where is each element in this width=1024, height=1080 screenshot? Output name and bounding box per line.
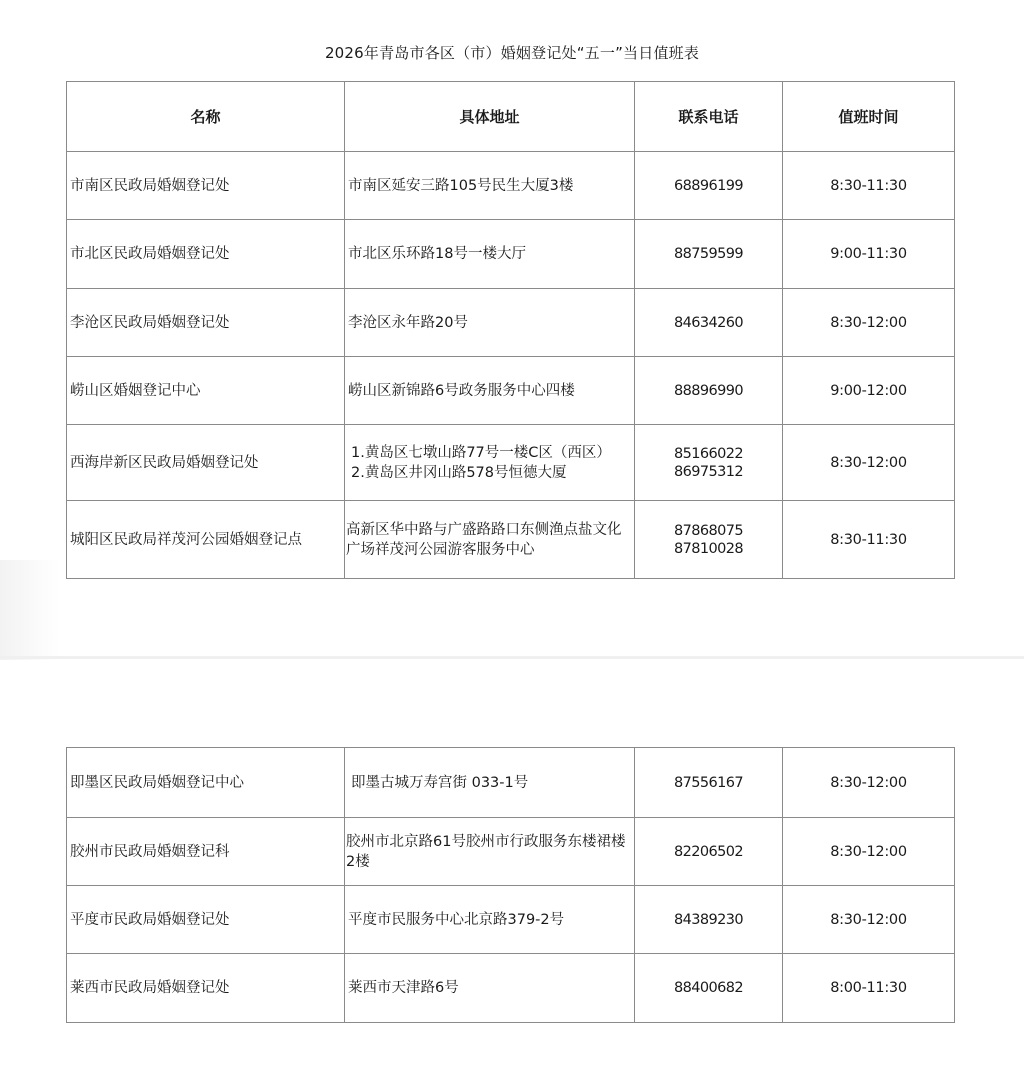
table-row: 即墨区民政局婚姻登记中心 即墨古城万寿宫街 033-1号 87556167 8:… [67, 748, 955, 818]
header-name: 名称 [67, 82, 345, 152]
office-name: 李沧区民政局婚姻登记处 [67, 289, 345, 357]
duty-hours: 8:30-11:30 [783, 152, 955, 220]
office-address: 1.黄岛区七墩山路77号一楼C区（西区） 2.黄岛区井冈山路578号恒德大厦 [345, 425, 635, 501]
office-name: 西海岸新区民政局婚姻登记处 [67, 425, 345, 501]
office-phone: 88400682 [635, 954, 783, 1023]
table-row: 城阳区民政局祥茂河公园婚姻登记点 高新区华中路与广盛路路口东侧渔点盐文化广场祥茂… [67, 501, 955, 579]
phone-number: 84634260 [638, 314, 779, 332]
office-name: 城阳区民政局祥茂河公园婚姻登记点 [67, 501, 345, 579]
office-name: 即墨区民政局婚姻登记中心 [67, 748, 345, 818]
office-name: 胶州市民政局婚姻登记科 [67, 818, 345, 886]
phone-number: 87810028 [638, 540, 779, 558]
table-row: 胶州市民政局婚姻登记科 胶州市北京路61号胶州市行政服务东楼裙楼2楼 82206… [67, 818, 955, 886]
table-row: 市南区民政局婚姻登记处 市南区延安三路105号民生大厦3楼 68896199 8… [67, 152, 955, 220]
phone-number: 86975312 [638, 463, 779, 481]
duty-hours: 9:00-11:30 [783, 220, 955, 289]
table-row: 莱西市民政局婚姻登记处 莱西市天津路6号 88400682 8:00-11:30 [67, 954, 955, 1023]
office-name: 市南区民政局婚姻登记处 [67, 152, 345, 220]
office-phone: 84634260 [635, 289, 783, 357]
office-address: 市南区延安三路105号民生大厦3楼 [345, 152, 635, 220]
office-address: 莱西市天津路6号 [345, 954, 635, 1023]
office-name: 崂山区婚姻登记中心 [67, 357, 345, 425]
phone-number: 88896990 [638, 382, 779, 400]
office-name: 莱西市民政局婚姻登记处 [67, 954, 345, 1023]
duty-hours: 8:30-12:00 [783, 289, 955, 357]
document-title: 2026年青岛市各区（市）婚姻登记处“五一”当日值班表 [0, 42, 1024, 63]
office-phone: 88896990 [635, 357, 783, 425]
phone-number: 88400682 [638, 979, 779, 997]
duty-schedule-table-page2: 即墨区民政局婚姻登记中心 即墨古城万寿宫街 033-1号 87556167 8:… [66, 747, 955, 1023]
office-phone: 84389230 [635, 886, 783, 954]
table-row: 市北区民政局婚姻登记处 市北区乐环路18号一楼大厅 88759599 9:00-… [67, 220, 955, 289]
office-address: 高新区华中路与广盛路路口东侧渔点盐文化广场祥茂河公园游客服务中心 [345, 501, 635, 579]
duty-hours: 8:30-11:30 [783, 501, 955, 579]
duty-hours: 8:30-12:00 [783, 818, 955, 886]
duty-hours: 8:30-12:00 [783, 425, 955, 501]
phone-number: 68896199 [638, 177, 779, 195]
header-address: 具体地址 [345, 82, 635, 152]
phone-number: 84389230 [638, 911, 779, 929]
duty-hours: 9:00-12:00 [783, 357, 955, 425]
phone-number: 82206502 [638, 843, 779, 861]
office-address: 崂山区新锦路6号政务服务中心四楼 [345, 357, 635, 425]
office-address: 即墨古城万寿宫街 033-1号 [345, 748, 635, 818]
table-row: 崂山区婚姻登记中心 崂山区新锦路6号政务服务中心四楼 88896990 9:00… [67, 357, 955, 425]
table-row: 李沧区民政局婚姻登记处 李沧区永年路20号 84634260 8:30-12:0… [67, 289, 955, 357]
office-address: 胶州市北京路61号胶州市行政服务东楼裙楼2楼 [345, 818, 635, 886]
phone-number: 87556167 [638, 774, 779, 792]
office-address: 市北区乐环路18号一楼大厅 [345, 220, 635, 289]
office-phone: 68896199 [635, 152, 783, 220]
page-edge-shadow [0, 560, 60, 660]
table-header-row: 名称 具体地址 联系电话 值班时间 [67, 82, 955, 152]
phone-number: 85166022 [638, 445, 779, 463]
header-phone: 联系电话 [635, 82, 783, 152]
page-break-divider [0, 656, 1024, 659]
office-address: 李沧区永年路20号 [345, 289, 635, 357]
duty-hours: 8:00-11:30 [783, 954, 955, 1023]
table-row: 平度市民政局婚姻登记处 平度市民服务中心北京路379-2号 84389230 8… [67, 886, 955, 954]
duty-hours: 8:30-12:00 [783, 886, 955, 954]
office-phone: 82206502 [635, 818, 783, 886]
duty-hours: 8:30-12:00 [783, 748, 955, 818]
office-phone: 87868075 87810028 [635, 501, 783, 579]
header-hours: 值班时间 [783, 82, 955, 152]
office-phone: 85166022 86975312 [635, 425, 783, 501]
office-name: 市北区民政局婚姻登记处 [67, 220, 345, 289]
phone-number: 87868075 [638, 522, 779, 540]
office-name: 平度市民政局婚姻登记处 [67, 886, 345, 954]
table-row: 西海岸新区民政局婚姻登记处 1.黄岛区七墩山路77号一楼C区（西区） 2.黄岛区… [67, 425, 955, 501]
duty-schedule-table-page1: 名称 具体地址 联系电话 值班时间 市南区民政局婚姻登记处 市南区延安三路105… [66, 81, 955, 579]
phone-number: 88759599 [638, 245, 779, 263]
office-phone: 87556167 [635, 748, 783, 818]
office-address: 平度市民服务中心北京路379-2号 [345, 886, 635, 954]
office-phone: 88759599 [635, 220, 783, 289]
